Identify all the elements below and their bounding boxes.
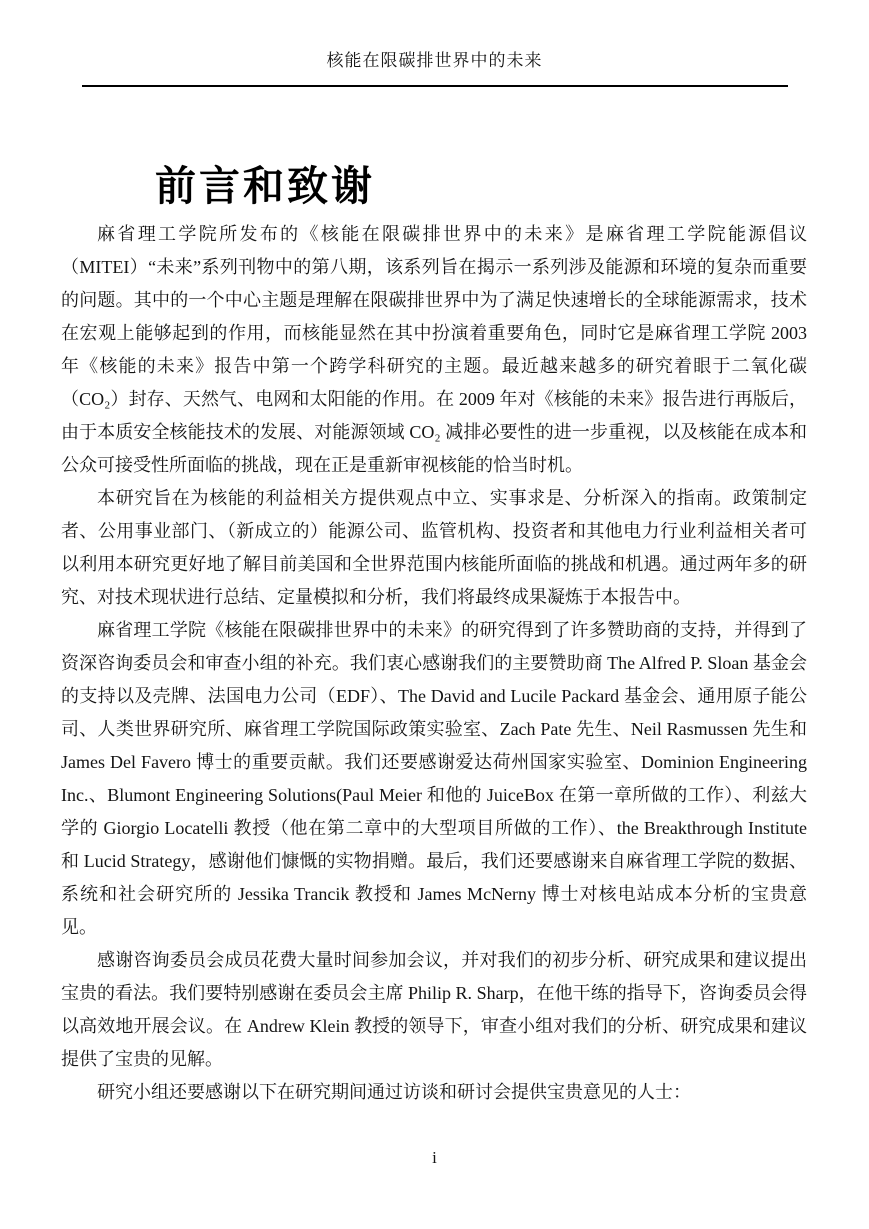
paragraph-sponsors-acknowledgement: 麻省理工学院《核能在限碳排世界中的未来》的研究得到了许多赞助商的支持，并得到了资…: [61, 614, 807, 944]
running-header: 核能在限碳排世界中的未来: [0, 50, 869, 72]
header-rule-divider: [82, 85, 788, 87]
document-body: 麻省理工学院所发布的《核能在限碳排世界中的未来》是麻省理工学院能源倡议（MITE…: [61, 218, 807, 1109]
page-title: 前言和致谢: [155, 153, 375, 212]
paragraph-advisory-committee: 感谢咨询委员会成员花费大量时间参加会议，并对我们的初步分析、研究成果和建议提出宝…: [61, 944, 807, 1076]
paragraph-interviewees-intro: 研究小组还要感谢以下在研究期间通过访谈和研讨会提供宝贵意见的人士：: [61, 1076, 807, 1109]
document-page: 核能在限碳排世界中的未来 前言和致谢 麻省理工学院所发布的《核能在限碳排世界中的…: [0, 0, 869, 1229]
paragraph-study-purpose: 本研究旨在为核能的利益相关方提供观点中立、实事求是、分析深入的指南。政策制定者、…: [61, 482, 807, 614]
page-number: i: [0, 1148, 869, 1168]
paragraph-foreword-series: 麻省理工学院所发布的《核能在限碳排世界中的未来》是麻省理工学院能源倡议（MITE…: [61, 218, 807, 482]
